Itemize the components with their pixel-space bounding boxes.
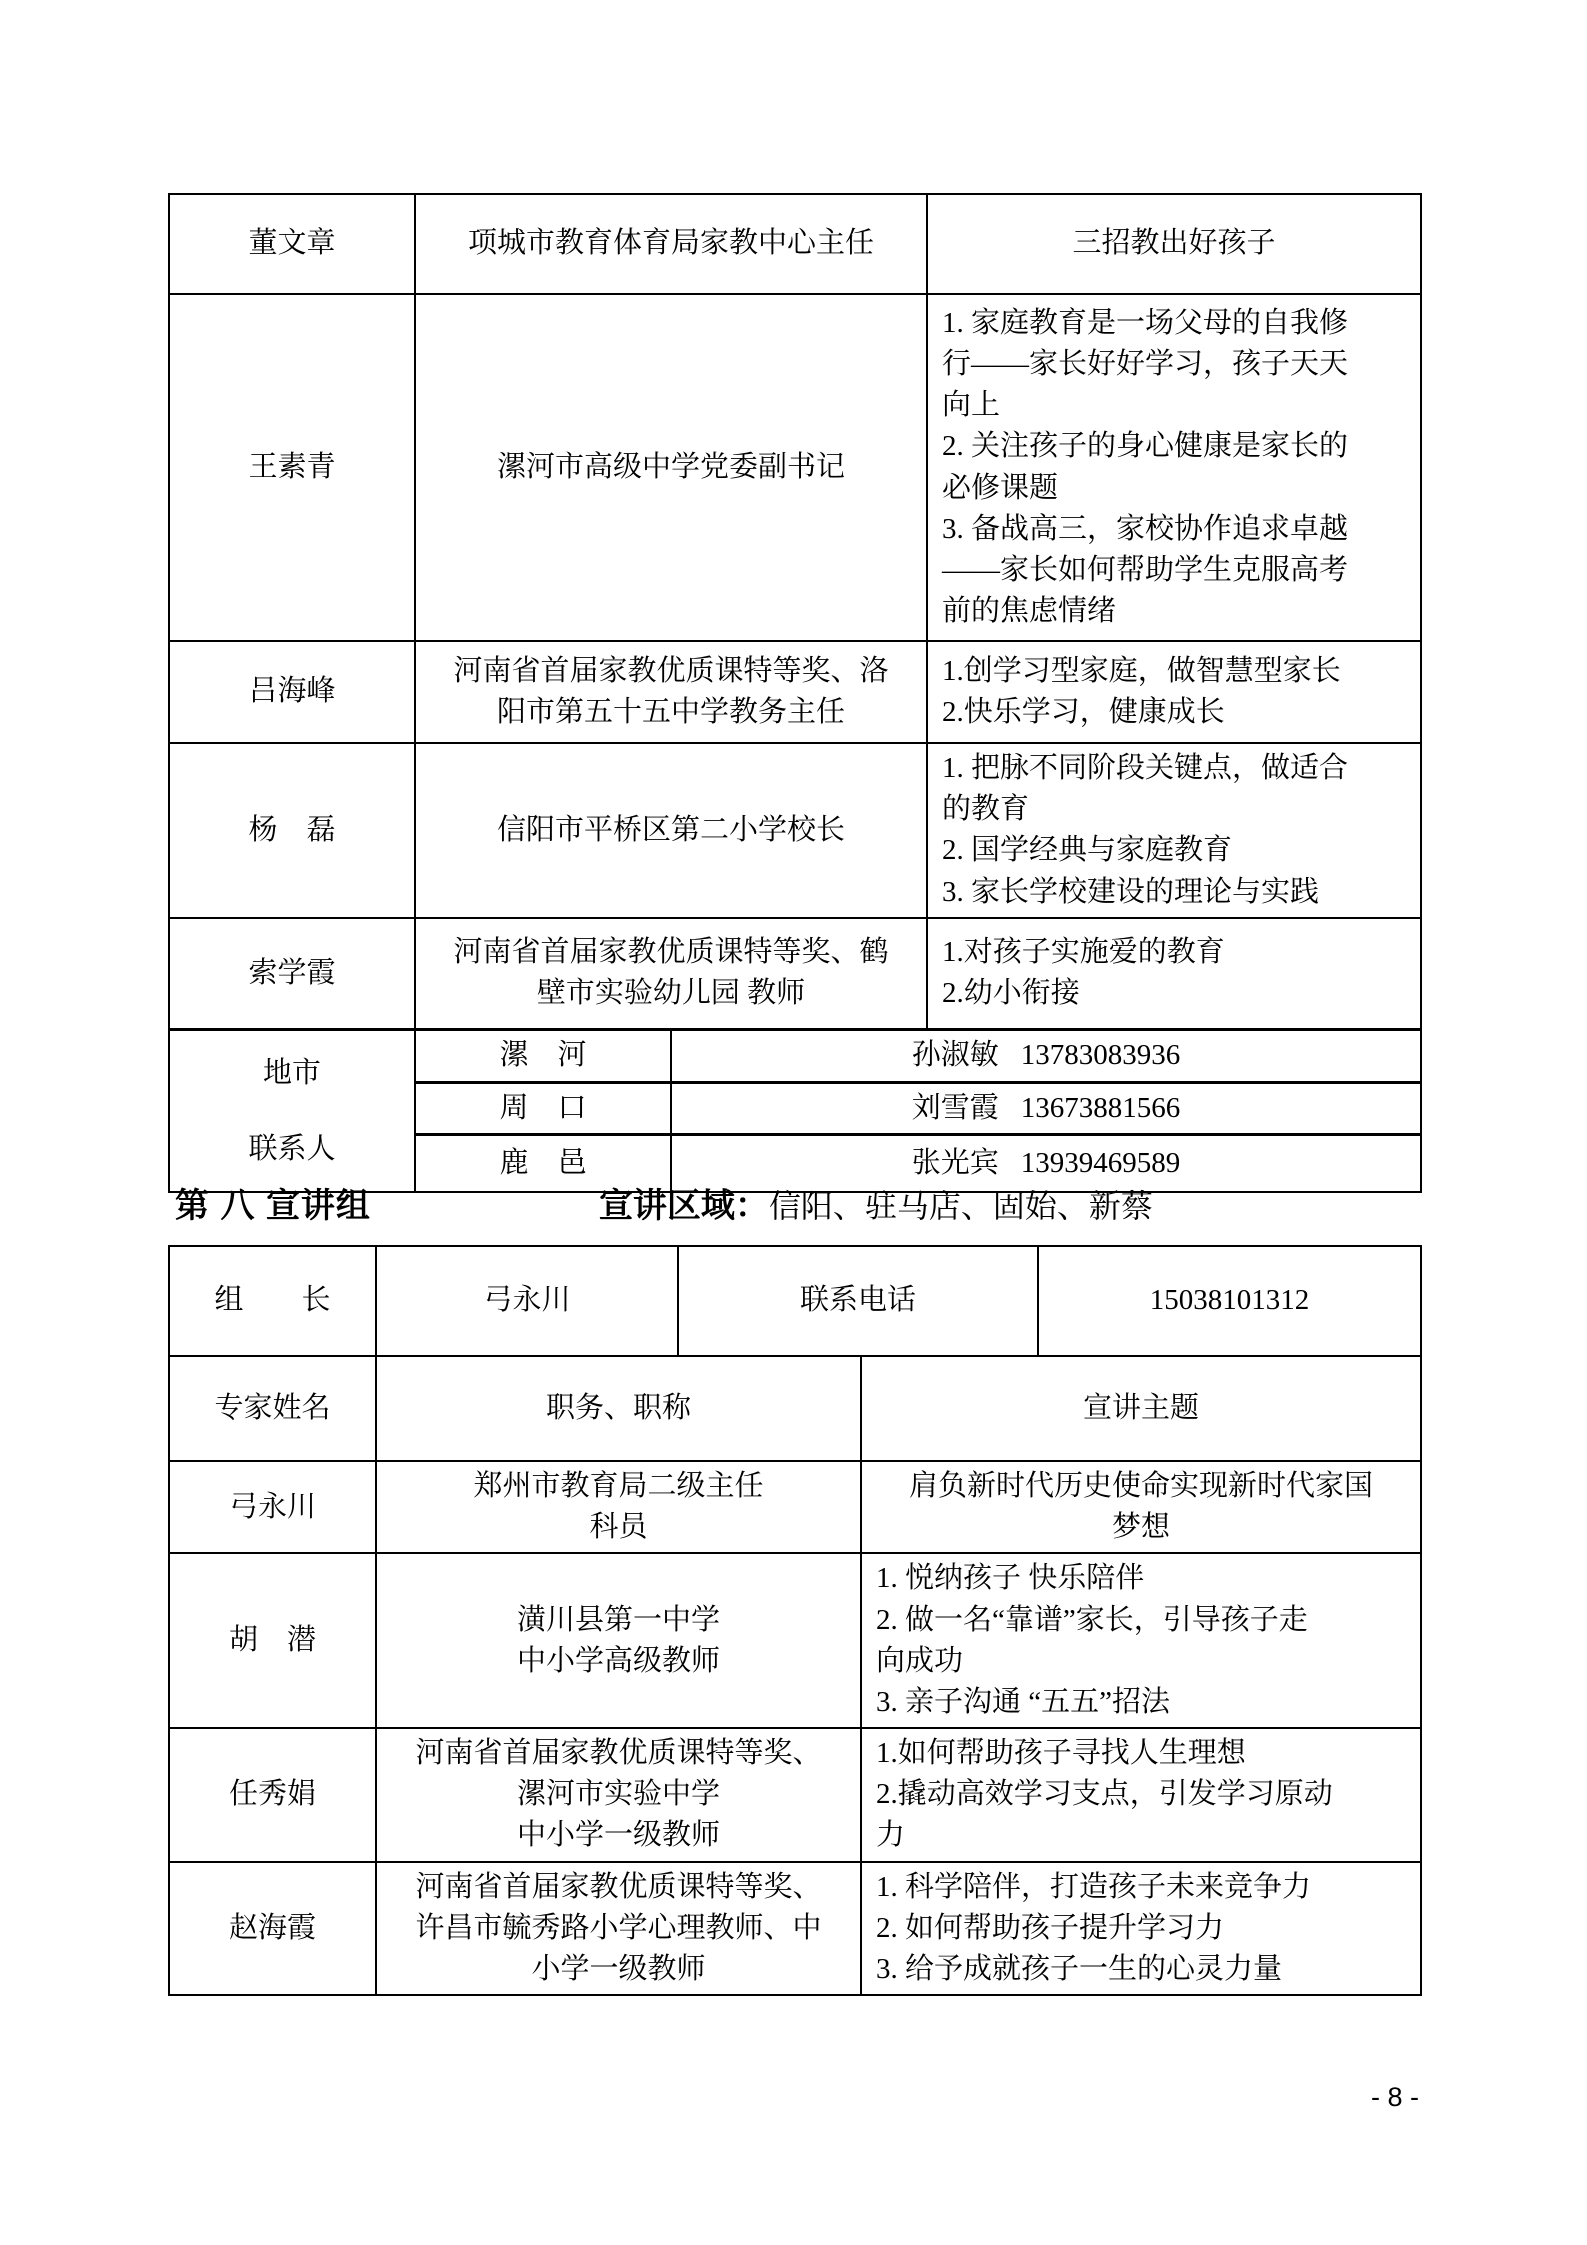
expert-name: 杨 磊: [169, 743, 415, 918]
expert-title: 漯河市高级中学党委副书记: [415, 294, 927, 641]
contact-phone: 13939469589: [1021, 1147, 1181, 1179]
expert-name: 胡 潜: [169, 1553, 376, 1728]
expert-topics: 1.如何帮助孩子寻找人生理想 2.撬动高效学习支点，引发学习原动 力: [861, 1728, 1421, 1862]
leader-phone: 15038101312: [1038, 1246, 1421, 1356]
table-row: 任秀娟 河南省首届家教优质课特等奖、 漯河市实验中学 中小学一级教师 1.如何帮…: [169, 1728, 1421, 1862]
table-row: 弓永川 郑州市教育局二级主任 科员 肩负新时代历史使命实现新时代家国 梦想: [169, 1461, 1421, 1553]
expert-title: 项城市教育体育局家教中心主任: [415, 194, 927, 294]
expert-name: 赵海霞: [169, 1862, 376, 1996]
expert-topics: 1.创学习型家庭，做智慧型家长 2.快乐学习，健康成长: [927, 641, 1421, 743]
contact-person: 张光宾: [912, 1147, 999, 1179]
expert-topics: 1. 悦纳孩子 快乐陪伴 2. 做一名“靠谱”家长，引导孩子走 向成功 3. 亲…: [861, 1553, 1421, 1728]
expert-title: 潢川县第一中学 中小学高级教师: [376, 1553, 861, 1728]
expert-topics: 1. 家庭教育是一场父母的自我修 行——家长好好学习，孩子天天 向上 2. 关注…: [927, 294, 1421, 641]
contact-person: 刘雪霞: [912, 1092, 999, 1124]
expert-topics: 三招教出好孩子: [927, 194, 1421, 294]
table-row: 王素青 漯河市高级中学党委副书记 1. 家庭教育是一场父母的自我修 行——家长好…: [169, 294, 1421, 641]
contact-phone: 13783083936: [1021, 1039, 1181, 1071]
leader-name: 弓永川: [376, 1246, 678, 1356]
contact-cell: 张光宾13939469589: [671, 1135, 1421, 1192]
expert-title: 河南省首届家教优质课特等奖、鹤 壁市实验幼儿园 教师: [415, 918, 927, 1030]
expert-topics: 1. 把脉不同阶段关键点，做适合 的教育 2. 国学经典与家庭教育 3. 家长学…: [927, 743, 1421, 918]
contact-cell: 孙淑敏13783083936: [671, 1030, 1421, 1083]
table-row: 杨 磊 信阳市平桥区第二小学校长 1. 把脉不同阶段关键点，做适合 的教育 2.…: [169, 743, 1421, 918]
expert-name: 任秀娟: [169, 1728, 376, 1862]
expert-title: 河南省首届家教优质课特等奖、 漯河市实验中学 中小学一级教师: [376, 1728, 861, 1862]
contact-cell: 刘雪霞13673881566: [671, 1082, 1421, 1135]
expert-title: 河南省首届家教优质课特等奖、洛 阳市第五十五中学教务主任: [415, 641, 927, 743]
expert-name: 吕海峰: [169, 641, 415, 743]
contact-city: 鹿 邑: [415, 1135, 671, 1192]
expert-name: 弓永川: [169, 1461, 376, 1553]
contact-row: 地市 联系人 漯 河 孙淑敏13783083936: [169, 1030, 1421, 1083]
table-row: 吕海峰 河南省首届家教优质课特等奖、洛 阳市第五十五中学教务主任 1.创学习型家…: [169, 641, 1421, 743]
header-title: 职务、职称: [376, 1356, 861, 1461]
leader-row: 组 长 弓永川 联系电话 15038101312: [169, 1246, 1421, 1356]
group-title: 第 八 宣讲组: [175, 1187, 371, 1225]
table-row: 赵海霞 河南省首届家教优质课特等奖、 许昌市毓秀路小学心理教师、中 小学一级教师…: [169, 1862, 1421, 1996]
table-row: 索学霞 河南省首届家教优质课特等奖、鹤 壁市实验幼儿园 教师 1.对孩子实施爱的…: [169, 918, 1421, 1030]
header-topic: 宣讲主题: [861, 1356, 1421, 1461]
expert-name: 董文章: [169, 194, 415, 294]
region-label: 宣讲区域：: [599, 1187, 769, 1225]
speaker-group-8-table: 组 长 弓永川 联系电话 15038101312 专家姓名 职务、职称 宣讲主题…: [168, 1245, 1422, 1996]
speaker-group-7-table: 董文章 项城市教育体育局家教中心主任 三招教出好孩子 王素青 漯河市高级中学党委…: [168, 193, 1422, 1193]
document-page: 董文章 项城市教育体育局家教中心主任 三招教出好孩子 王素青 漯河市高级中学党委…: [0, 0, 1587, 2245]
leader-phone-label: 联系电话: [678, 1246, 1038, 1356]
expert-title: 郑州市教育局二级主任 科员: [376, 1461, 861, 1553]
table-row: 董文章 项城市教育体育局家教中心主任 三招教出好孩子: [169, 194, 1421, 294]
expert-title: 信阳市平桥区第二小学校长: [415, 743, 927, 918]
contact-city: 周 口: [415, 1082, 671, 1135]
expert-topics: 肩负新时代历史使命实现新时代家国 梦想: [861, 1461, 1421, 1553]
expert-topics: 1. 科学陪伴，打造孩子未来竞争力 2. 如何帮助孩子提升学习力 3. 给予成就…: [861, 1862, 1421, 1996]
table-row: 胡 潜 潢川县第一中学 中小学高级教师 1. 悦纳孩子 快乐陪伴 2. 做一名“…: [169, 1553, 1421, 1728]
header-expert-name: 专家姓名: [169, 1356, 376, 1461]
contact-city: 漯 河: [415, 1030, 671, 1083]
expert-topics: 1.对孩子实施爱的教育 2.幼小衔接: [927, 918, 1421, 1030]
expert-name: 索学霞: [169, 918, 415, 1030]
expert-name: 王素青: [169, 294, 415, 641]
section-heading: 第 八 宣讲组宣讲区域：信阳、驻马店、固始、新蔡: [175, 1186, 1435, 1228]
contact-section-label: 地市 联系人: [169, 1030, 415, 1193]
leader-label: 组 长: [169, 1246, 376, 1356]
expert-title: 河南省首届家教优质课特等奖、 许昌市毓秀路小学心理教师、中 小学一级教师: [376, 1862, 861, 1996]
region-value: 信阳、驻马店、固始、新蔡: [769, 1188, 1153, 1224]
page-number: - 8 -: [1371, 2082, 1419, 2113]
contact-person: 孙淑敏: [912, 1039, 999, 1071]
header-row: 专家姓名 职务、职称 宣讲主题: [169, 1356, 1421, 1461]
contact-phone: 13673881566: [1021, 1092, 1181, 1124]
